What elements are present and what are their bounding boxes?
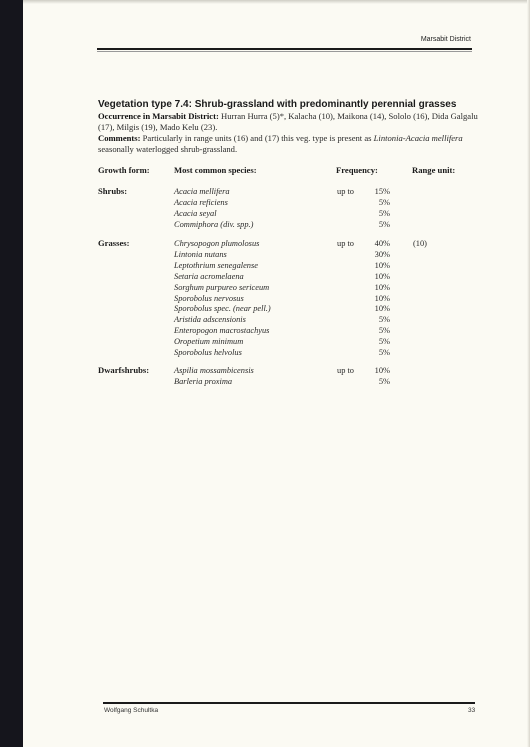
species-name: Setaria acromelaena: [174, 271, 244, 282]
species-name: Sorghum purpureo sericeum: [174, 282, 269, 293]
frequency-value: 5%: [360, 376, 390, 387]
table-row: Acacia seyal5%: [0, 208, 530, 219]
table-row: Leptothrium senegalense10%: [0, 260, 530, 271]
species-name: Lintonia nutans: [174, 249, 227, 260]
frequency-value: 5%: [360, 347, 390, 358]
frequency-value: 5%: [360, 314, 390, 325]
species-name: Barleria proxima: [174, 376, 232, 387]
frequency-value: 30%: [360, 249, 390, 260]
species-name: Sporobolus nervosus: [174, 293, 244, 304]
species-name: Sporobolus spec. (near pell.): [174, 303, 271, 314]
frequency-value: 10%: [360, 282, 390, 293]
frequency-value: 15%: [360, 186, 390, 197]
header-species: Most common species:: [174, 165, 257, 175]
frequency-value: 5%: [360, 208, 390, 219]
table-row: Acacia reficiens5%: [0, 197, 530, 208]
comments-paragraph: Comments: Particularly in range units (1…: [98, 133, 483, 156]
species-name: Sporobolus helvolus: [174, 347, 242, 358]
running-head: Marsabit District: [421, 36, 471, 43]
table-row: Acacia melliferaup to15%: [0, 186, 530, 197]
frequency-prefix: up to: [337, 186, 354, 197]
table-row: Chrysopogon plumolosusup to40%(10): [0, 238, 530, 249]
table-row: Enteropogon macrostachyus5%: [0, 325, 530, 336]
occurrence-label: Occurrence in Marsabit District:: [98, 111, 219, 121]
occurrence-paragraph: Occurrence in Marsabit District: Hurran …: [98, 111, 483, 134]
header-rule: [97, 48, 472, 50]
comments-species: Lintonia-Acacia mellifera: [374, 133, 463, 143]
page-number: 33: [468, 707, 475, 714]
species-name: Leptothrium senegalense: [174, 260, 258, 271]
species-name: Acacia reficiens: [174, 197, 228, 208]
species-name: Enteropogon macrostachyus: [174, 325, 269, 336]
header-range-unit: Range unit:: [412, 165, 455, 175]
footer-rule: [103, 702, 475, 704]
range-unit: (10): [413, 238, 427, 249]
section-title: Vegetation type 7.4: Shrub-grassland wit…: [98, 99, 456, 110]
table-row: Commiphora (div. spp.)5%: [0, 219, 530, 230]
header-growth-form: Growth form:: [98, 165, 150, 175]
frequency-value: 10%: [360, 260, 390, 271]
table-row: Barleria proxima5%: [0, 376, 530, 387]
species-name: Acacia seyal: [174, 208, 217, 219]
header-frequency: Frequency:: [336, 165, 378, 175]
comments-label: Comments:: [98, 133, 140, 143]
frequency-prefix: up to: [337, 365, 354, 376]
frequency-value: 5%: [360, 325, 390, 336]
species-name: Chrysopogon plumolosus: [174, 238, 259, 249]
species-name: Commiphora (div. spp.): [174, 219, 253, 230]
table-row: Lintonia nutans30%: [0, 249, 530, 260]
table-row: Sporobolus spec. (near pell.)10%: [0, 303, 530, 314]
header-rule-thin: [97, 51, 472, 52]
frequency-value: 10%: [360, 365, 390, 376]
frequency-value: 10%: [360, 271, 390, 282]
table-row: Aristida adscensionis5%: [0, 314, 530, 325]
table-row: Setaria acromelaena10%: [0, 271, 530, 282]
table-row: Sporobolus nervosus10%: [0, 293, 530, 304]
frequency-prefix: up to: [337, 238, 354, 249]
frequency-value: 10%: [360, 303, 390, 314]
footer-author: Wolfgang Schultka: [104, 707, 158, 714]
table-row: Aspilia mossambicensisup to10%: [0, 365, 530, 376]
species-name: Aspilia mossambicensis: [174, 365, 254, 376]
table-row: Oropetium minimum5%: [0, 336, 530, 347]
table-row: Sporobolus helvolus5%: [0, 347, 530, 358]
frequency-value: 5%: [360, 197, 390, 208]
frequency-value: 40%: [360, 238, 390, 249]
species-name: Aristida adscensionis: [174, 314, 246, 325]
comments-text-end: seasonally waterlogged shrub-grassland.: [98, 144, 237, 154]
frequency-value: 10%: [360, 293, 390, 304]
frequency-value: 5%: [360, 219, 390, 230]
species-name: Oropetium minimum: [174, 336, 243, 347]
comments-text: Particularly in range units (16) and (17…: [140, 133, 373, 143]
table-row: Sorghum purpureo sericeum10%: [0, 282, 530, 293]
frequency-value: 5%: [360, 336, 390, 347]
species-name: Acacia mellifera: [174, 186, 230, 197]
page-edge-top: [23, 0, 530, 4]
